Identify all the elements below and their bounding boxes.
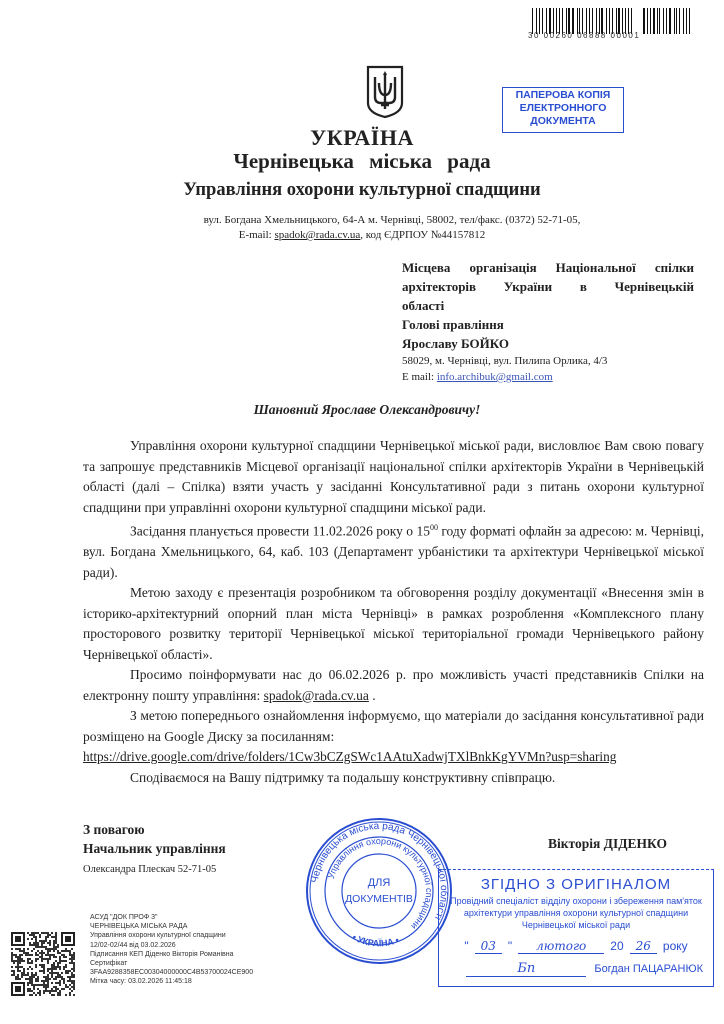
edoc-timestamp: Мітка часу: 03.02.2026 11:45:18 <box>90 977 253 986</box>
cert-stamp-date: "03" лютого 2026 року <box>439 939 713 954</box>
department-address: вул. Богдана Хмельницького, 64-А м. Черн… <box>0 214 724 226</box>
cert-stamp-signature-row: Бп Богдан ПАЦАРАНЮК <box>439 961 713 977</box>
cert-day: 03 <box>475 939 502 954</box>
handwritten-signature: Бп <box>466 961 586 977</box>
email-label: E-mail: <box>239 229 275 241</box>
reply-request-end: . <box>369 688 376 703</box>
cert-stamp-line: Чернівецької міської ради <box>439 919 713 931</box>
barcode <box>532 4 692 34</box>
edoc-signer: Підписання КЕП Діденко Вікторія Романівн… <box>90 950 253 959</box>
recipient-org-line: області <box>402 296 694 315</box>
reply-email-link[interactable]: spadok@rada.cv.ua <box>264 688 369 703</box>
salutation: Шановний Ярославе Олександровичу! <box>0 402 724 418</box>
trident-coat-of-arms-icon <box>366 65 404 119</box>
paragraph-materials: З метою попереднього ознайомлення інформ… <box>83 706 704 768</box>
country-title: УКРАЇНА <box>0 125 724 151</box>
recipient-address: 58029, м. Чернівці, вул. Пилипа Орлика, … <box>402 353 694 369</box>
recipient-position: Голові правління <box>402 315 694 334</box>
department-email-link[interactable]: spadok@rada.cv.ua <box>274 229 360 241</box>
seal-center-line: ДОКУМЕНТІВ <box>345 893 413 905</box>
paper-copy-stamp-line: ЕЛЕКТРОННОГО <box>503 102 623 115</box>
paragraph-invitation: Управління охорони культурної спадщини Ч… <box>83 436 704 518</box>
edrpou-code: , код ЄДРПОУ №44157812 <box>360 229 485 241</box>
paragraph-closing: Сподіваємося на Вашу підтримку та подаль… <box>83 768 704 789</box>
barcode-number: 30 00260 06888 00001 <box>528 31 640 40</box>
recipient-name: Ярославу БОЙКО <box>402 334 694 353</box>
recipient-org-line: архітекторів України в Чернівецькій <box>402 277 694 296</box>
svg-text:• УКРАЇНА •: • УКРАЇНА • <box>351 932 401 948</box>
recipient-block: Місцева організація Національної спілки … <box>402 258 694 385</box>
edoc-certificate-id: 3FAA9288358EC00304000000C4B53700024CE900 <box>90 968 253 977</box>
cert-year-suffix: 26 <box>630 939 657 954</box>
recipient-org-line: Місцева організація Національної спілки <box>402 258 694 277</box>
signature-block: З повагою Начальник управління <box>83 820 226 858</box>
cert-year-prefix: 20 <box>610 939 623 953</box>
reply-request-text: Просимо поінформувати нас до 06.02.2026 … <box>83 667 704 703</box>
seal-bottom-text: • УКРАЇНА • <box>351 932 401 948</box>
paragraph-meeting-time: Засідання планується провести 11.02.2026… <box>83 518 704 583</box>
edoc-organization: ЧЕРНІВЕЦЬКА МІСЬКА РАДА <box>90 922 253 931</box>
edoc-system: АСУД "ДОК ПРОФ 3" <box>90 913 253 922</box>
cert-year-word: року <box>663 939 688 953</box>
cert-stamp-line: Провідний спеціаліст відділу охорони і з… <box>439 895 713 907</box>
recipient-email-row: E mail: info.archibuk@gmail.com <box>402 369 694 385</box>
cert-stamp-subtitle: Провідний спеціаліст відділу охорони і з… <box>439 895 713 931</box>
council-title: Чернівецька міська рада <box>0 149 724 174</box>
materials-text: З метою попереднього ознайомлення інформ… <box>83 708 704 744</box>
department-contacts: E-mail: spadok@rada.cv.ua, код ЄДРПОУ №4… <box>0 229 724 241</box>
meeting-time-minutes: 00 <box>430 523 438 532</box>
department-title: Управління охорони культурної спадщини <box>0 180 724 201</box>
letter-body: Управління охорони культурної спадщини Ч… <box>83 436 704 788</box>
cert-stamp-title: ЗГІДНО З ОРИГІНАЛОМ <box>439 876 713 893</box>
signer-name: Вікторія ДІДЕНКО <box>548 836 667 852</box>
paper-copy-stamp-line: ПАПЕРОВА КОПІЯ <box>503 89 623 102</box>
certified-copy-stamp: ЗГІДНО З ОРИГІНАЛОМ Провідний спеціаліст… <box>438 869 714 987</box>
edoc-certificate-label: Сертифікат <box>90 959 253 968</box>
official-round-seal: Чернівецька міська рада Чернівецької обл… <box>304 816 454 966</box>
meeting-date-text: Засідання планується провести 11.02.2026… <box>130 524 430 539</box>
cert-stamp-line: архітектури управління охорони культурно… <box>439 907 713 919</box>
google-drive-link[interactable]: https://drive.google.com/drive/folders/1… <box>83 747 704 768</box>
cert-signer-name: Богдан ПАЦАРАНЮК <box>594 963 703 975</box>
signer-position: Начальник управління <box>83 839 226 858</box>
recipient-email-link[interactable]: info.archibuk@gmail.com <box>437 371 553 383</box>
electronic-signature-info: АСУД "ДОК ПРОФ 3" ЧЕРНІВЕЦЬКА МІСЬКА РАД… <box>90 913 253 987</box>
cert-month: лютого <box>518 939 604 954</box>
edoc-department: Управління охорони культурної спадщини <box>90 931 253 940</box>
qr-code <box>11 932 75 996</box>
email-label: E mail: <box>402 371 437 383</box>
seal-center-line: ДЛЯ <box>368 877 391 889</box>
paragraph-purpose: Метою заходу є презентація розробником т… <box>83 583 704 665</box>
executor-contact: Олександра Плескач 52-71-05 <box>83 864 216 875</box>
closing-phrase: З повагою <box>83 820 226 839</box>
edoc-registration-number: 12/02-02/44 від 03.02.2026 <box>90 941 253 950</box>
paragraph-reply-request: Просимо поінформувати нас до 06.02.2026 … <box>83 665 704 706</box>
